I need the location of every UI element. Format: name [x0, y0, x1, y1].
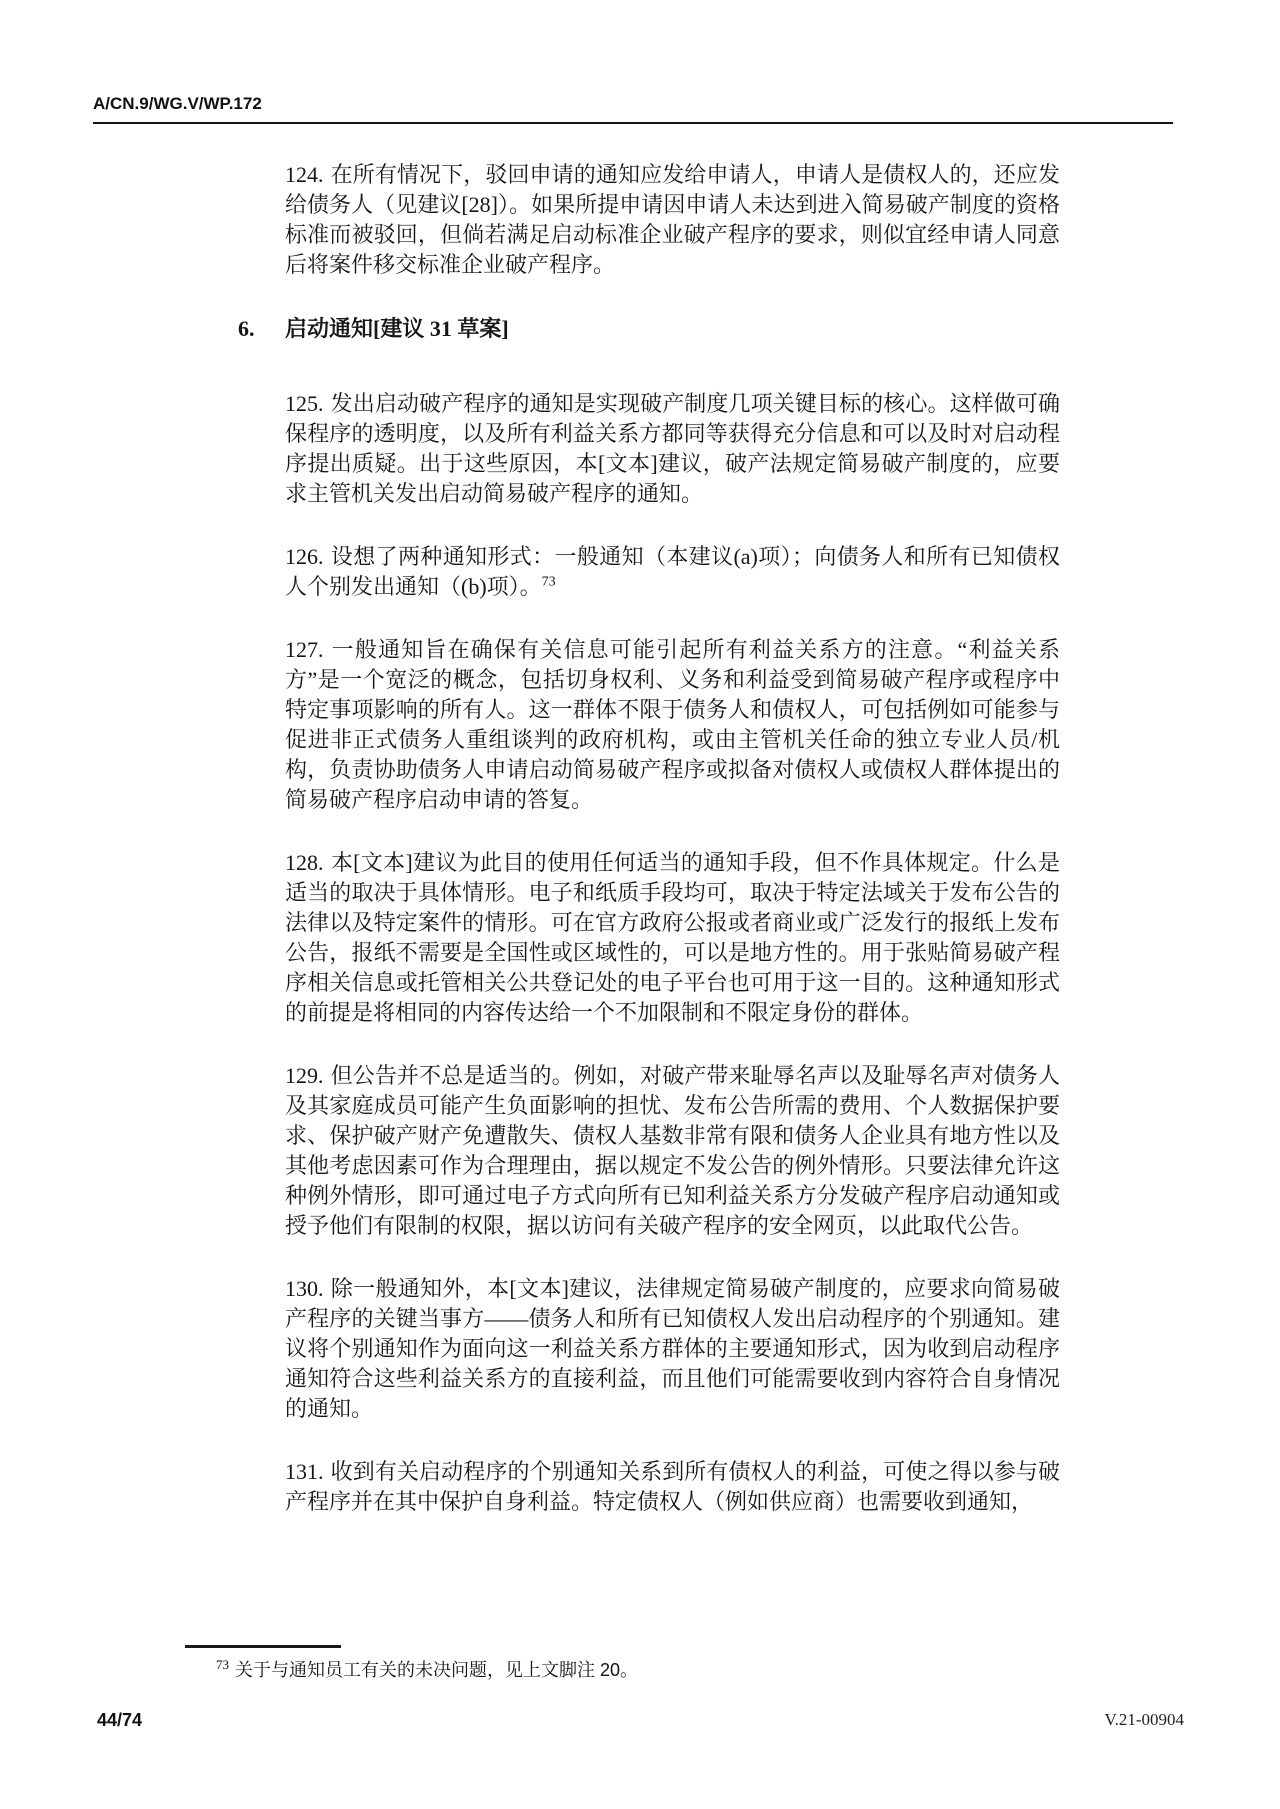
paragraph-number: 131. — [285, 1459, 324, 1484]
paragraph-text: 发出启动破产程序的通知是实现破产制度几项关键目标的核心。这样做可确保程序的透明度… — [285, 391, 1060, 506]
paragraph-number: 127. — [285, 637, 324, 662]
paragraph-number: 128. — [285, 850, 324, 875]
paragraph-131: 131.收到有关启动程序的个别通知关系到所有债权人的利益，可使之得以参与破产程序… — [285, 1457, 1060, 1517]
paragraph-number: 130. — [285, 1276, 324, 1301]
footnote-separator — [185, 1645, 341, 1648]
paragraph-number: 129. — [285, 1063, 324, 1088]
paragraph-text: 一般通知旨在确保有关信息可能引起所有利益关系方的注意。“利益关系方”是一个宽泛的… — [285, 637, 1060, 812]
paragraph-text: 设想了两种通知形式：一般通知（本建议(a)项）；向债务人和所有已知债权人个别发出… — [285, 544, 1060, 599]
footnote-reference-73: 73 — [542, 575, 556, 590]
footer-page-number: 44/74 — [97, 1710, 142, 1731]
body-text-column: 124.在所有情况下，驳回申请的通知应发给申请人，申请人是债权人的，还应发给债务… — [285, 160, 1060, 1550]
header-rule — [93, 122, 1173, 124]
section-heading: 6. 启动通知[建议 31 草案] — [238, 313, 1060, 344]
document-page: { "header": { "doc_symbol": "A/CN.9/WG.V… — [0, 0, 1280, 1809]
footnote-number: 73 — [216, 1657, 229, 1672]
paragraph-124: 124.在所有情况下，驳回申请的通知应发给申请人，申请人是债权人的，还应发给债务… — [285, 160, 1060, 280]
header-document-symbol: A/CN.9/WG.V/WP.172 — [93, 94, 262, 114]
paragraph-text: 除一般通知外，本[文本]建议，法律规定简易破产制度的，应要求向简易破产程序的关键… — [285, 1276, 1060, 1421]
paragraph-129: 129.但公告并不总是适当的。例如，对破产带来耻辱名声以及耻辱名声对债务人及其家… — [285, 1061, 1060, 1241]
paragraph-number: 125. — [285, 391, 324, 416]
footer-document-number: V.21-00904 — [1105, 1710, 1185, 1730]
paragraph-text: 在所有情况下，驳回申请的通知应发给申请人，申请人是债权人的，还应发给债务人（见建… — [285, 162, 1060, 277]
section-number: 6. — [238, 313, 285, 344]
paragraph-text: 收到有关启动程序的个别通知关系到所有债权人的利益，可使之得以参与破产程序并在其中… — [285, 1459, 1060, 1514]
paragraph-number: 126. — [285, 544, 324, 569]
footnote-text: 关于与通知员工有关的未决问题，见上文脚注 20。 — [235, 1660, 638, 1680]
footnote-73: 73关于与通知员工有关的未决问题，见上文脚注 20。 — [216, 1658, 1036, 1682]
paragraph-126: 126.设想了两种通知形式：一般通知（本建议(a)项）；向债务人和所有已知债权人… — [285, 542, 1060, 602]
section-title: 启动通知[建议 31 草案] — [285, 313, 509, 344]
paragraph-text: 本[文本]建议为此目的使用任何适当的通知手段，但不作具体规定。什么是适当的取决于… — [285, 850, 1060, 1025]
paragraph-125: 125.发出启动破产程序的通知是实现破产制度几项关键目标的核心。这样做可确保程序… — [285, 389, 1060, 509]
paragraph-127: 127.一般通知旨在确保有关信息可能引起所有利益关系方的注意。“利益关系方”是一… — [285, 635, 1060, 815]
paragraph-number: 124. — [285, 162, 324, 187]
paragraph-text: 但公告并不总是适当的。例如，对破产带来耻辱名声以及耻辱名声对债务人及其家庭成员可… — [285, 1063, 1060, 1238]
paragraph-128: 128.本[文本]建议为此目的使用任何适当的通知手段，但不作具体规定。什么是适当… — [285, 848, 1060, 1028]
paragraph-130: 130.除一般通知外，本[文本]建议，法律规定简易破产制度的，应要求向简易破产程… — [285, 1274, 1060, 1424]
